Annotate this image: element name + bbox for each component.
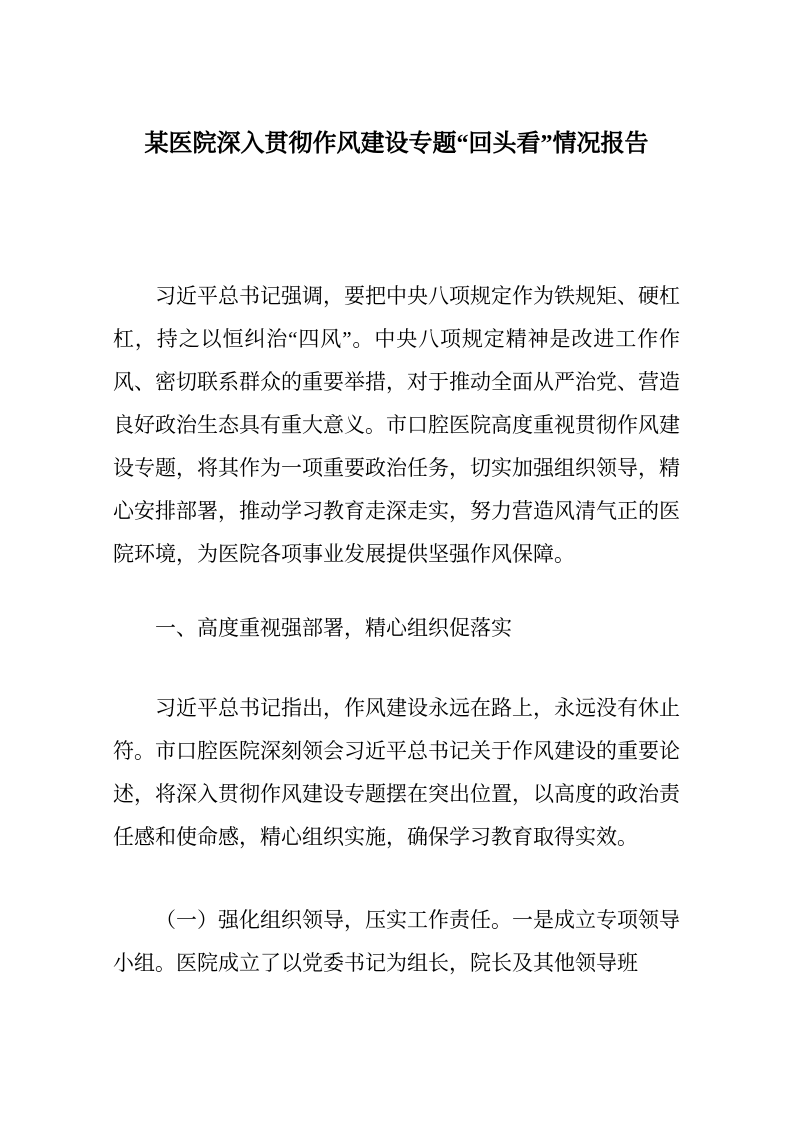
document-title: 某医院深入贯彻作风建设专题“回头看”情况报告 bbox=[113, 122, 680, 166]
document-page: 某医院深入贯彻作风建设专题“回头看”情况报告 习近平总书记强调，要把中央八项规定… bbox=[0, 0, 793, 1122]
section-1-paragraph-1: 习近平总书记指出，作风建设永远在路上，永远没有休止符。市口腔医院深刻领会习近平总… bbox=[113, 687, 680, 859]
section-1-paragraph-2: （一）强化组织领导，压实工作责任。一是成立专项领导小组。医院成立了以党委书记为组… bbox=[113, 899, 680, 985]
section-1-heading: 一、高度重视强部署，精心组织促落实 bbox=[113, 607, 680, 650]
intro-paragraph: 习近平总书记强调，要把中央八项规定作为铁规矩、硬杠杠，持之以恒纠治“四风”。中央… bbox=[113, 275, 680, 576]
